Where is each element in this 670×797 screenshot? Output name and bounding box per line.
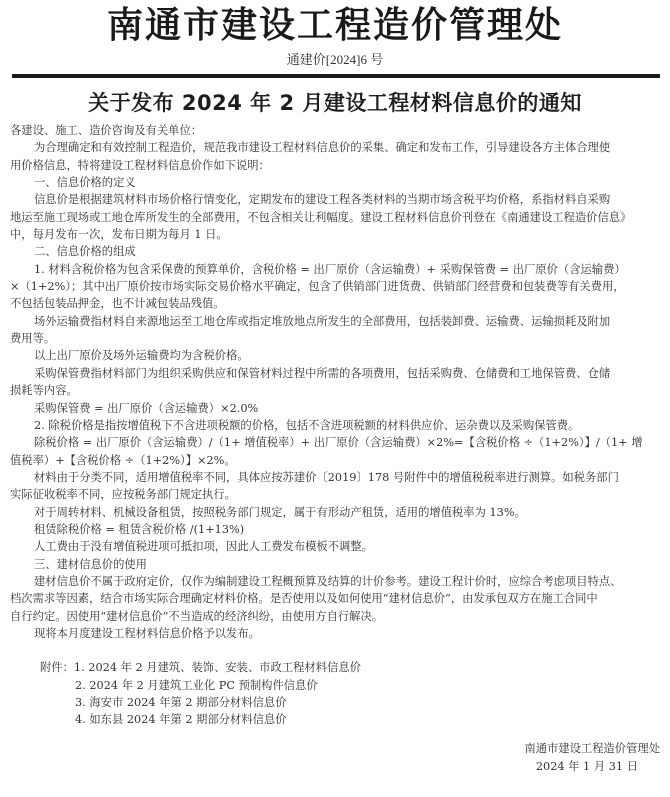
section-heading-composition: 二、信息价格的组成: [10, 243, 662, 260]
intro-line: 用价格信息，特将建设工程材料信息价作如下说明：: [10, 157, 662, 174]
labor-text: 人工费由于没有增值税进项可抵扣项，因此人工费发布模板不调整。: [10, 538, 662, 555]
attachments-label: 附件：: [40, 661, 74, 674]
definition-line: 地运至施工现场或工地仓库所发生的全部费用，不包含相关让利幅度。建设工程材料信息价…: [10, 209, 662, 226]
rental-formula: 租赁除税价格 = 租赁含税价格 /(1+13%): [10, 521, 662, 538]
attachment-1: 1. 2024 年 2 月建筑、装饰、安装、市政工程材料信息价: [74, 661, 361, 674]
section-heading-usage: 三、建材信息价的使用: [10, 556, 662, 573]
transport-line: 场外运输费指材料自来源地运至工地仓库或指定堆放地点所发生的全部费用，包括装卸费、…: [10, 313, 662, 330]
issuing-organization-title: 南通市建设工程造价管理处: [0, 2, 670, 48]
notice-body: 各建设、施工、造价咨询及有关单位： 为合理确定和有效控制工程造价，规范我市建设工…: [10, 122, 662, 729]
rental-text: 对于周转材料、机械设备租赁，按照税务部门规定，属于有形动产租赁，适用的增值税率为…: [10, 504, 662, 521]
intro-line: 为合理确定和有效控制工程造价，规范我市建设工程材料信息价的采集、确定和发布工作，…: [10, 139, 662, 156]
item1-line: 不包括包装品押金，也不计减包装品残值。: [10, 295, 662, 312]
definition-line: 中，每月发布一次，发布日期为每月 1 日。: [10, 226, 662, 243]
usage-line: 建材信息价不属于政府定价，仅作为编制建设工程概预算及结算的计价参考。建设工程计价…: [10, 573, 662, 590]
item2-text: 2. 除税价格是指按增值税下不含进项税额的价格，包括不含进项税额的材料供应价、运…: [10, 417, 662, 434]
tax-included-note: 以上出厂原价及场外运输费均为含税价格。: [10, 347, 662, 364]
attachment-item: 附件：1. 2024 年 2 月建筑、装饰、安装、市政工程材料信息价: [10, 659, 662, 676]
attachment-item: 4. 如东县 2024 年第 2 期部分材料信息价: [10, 711, 662, 728]
pretax-formula-line: 除税价格 = 出厂原价（含运输费）/（1+ 增值税率）+ 出厂原价（含运输费）×…: [10, 434, 662, 451]
header-divider: [12, 74, 660, 78]
signature-organization: 南通市建设工程造价管理处: [420, 740, 666, 758]
signature-date: 2024 年 1 月 31 日: [420, 758, 666, 776]
notice-title: 关于发布 2024 年 2 月建设工程材料信息价的通知: [0, 88, 670, 118]
definition-line: 信息价是根据建筑材料市场价格行情变化，定期发布的建设工程各类材料的当期市场含税平…: [10, 191, 662, 208]
vat-line: 材料由于分类不同，适用增值税率不同，具体应按苏建价〔2019〕178 号附件中的…: [10, 469, 662, 486]
section-heading-definition: 一、信息价格的定义: [10, 174, 662, 191]
storage-line: 采购保管费指材料部门为组织采购供应和保管材料过程中所需的各项费用，包括采购费、仓…: [10, 365, 662, 382]
transport-line: 费用等。: [10, 330, 662, 347]
usage-line: 档次需求等因素，结合市场实际合理确定材料价格。是否使用以及如何使用“建材信息价”…: [10, 590, 662, 607]
salutation: 各建设、施工、造价咨询及有关单位：: [10, 122, 662, 139]
usage-line: 自行约定。因使用“建材信息价”不当造成的经济纠纷，由使用方自行解决。: [10, 608, 662, 625]
item1-line: 1. 材料含税价格为包含采保费的预算单价，含税价格 = 出厂原价（含运输费）+ …: [10, 261, 662, 278]
attachment-4: 4. 如东县 2024 年第 2 期部分材料信息价: [75, 713, 287, 726]
vat-line: 实际征收税率不同，应按税务部门规定执行。: [10, 486, 662, 503]
item1-line: ×（1+2%）；其中出厂原价按市场实际交易价格水平确定，包含了供销部门进货费、供…: [10, 278, 662, 295]
spacer: [10, 642, 662, 659]
attachment-3: 3. 海安市 2024 年第 2 期部分材料信息价: [75, 696, 287, 709]
signature-block: 南通市建设工程造价管理处 2024 年 1 月 31 日: [420, 740, 666, 776]
storage-formula: 采购保管费 = 出厂原价（含运输费）×2.0%: [10, 400, 662, 417]
document-number: 通建价[2024]6 号: [0, 51, 670, 69]
release-text: 现将本月度建设工程材料信息价格予以发布。: [10, 625, 662, 642]
attachment-item: 2. 2024 年 2 月建筑工业化 PC 预制构件信息价: [10, 677, 662, 694]
pretax-formula-line: 值税率）+【含税价格 ÷（1+2%）】×2%。: [10, 452, 662, 469]
attachment-2: 2. 2024 年 2 月建筑工业化 PC 预制构件信息价: [75, 679, 318, 692]
attachment-item: 3. 海安市 2024 年第 2 期部分材料信息价: [10, 694, 662, 711]
storage-line: 损耗等内容。: [10, 382, 662, 399]
